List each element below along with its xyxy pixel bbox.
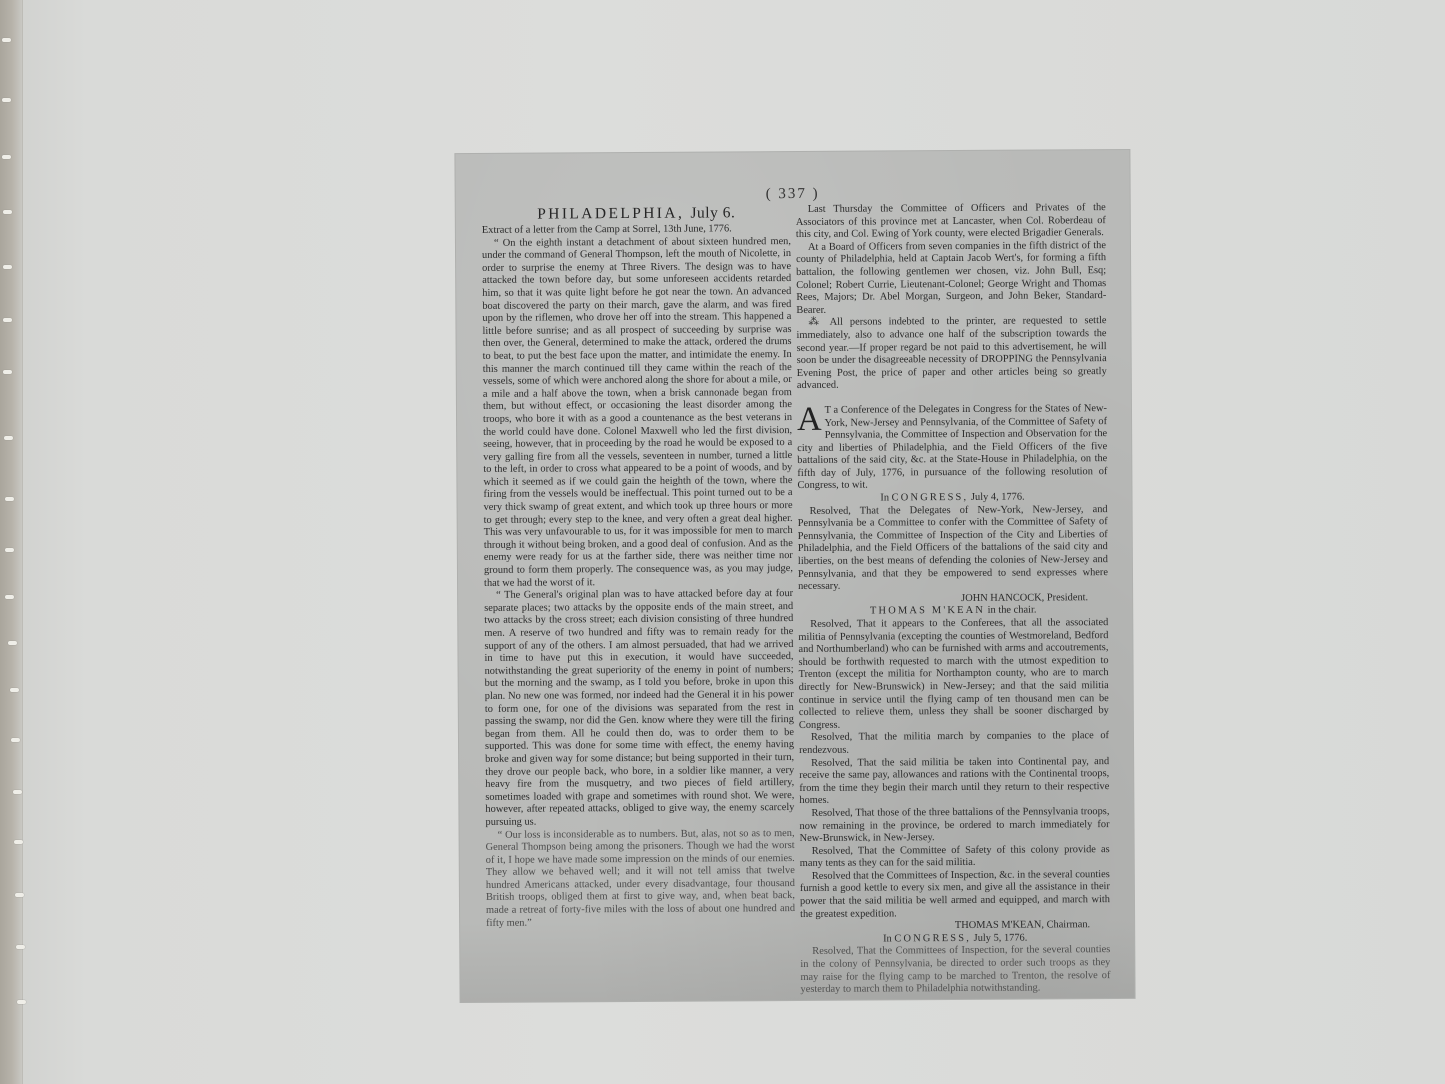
binding-stitch: [3, 318, 12, 322]
news-paragraph: Last Thursday the Committee of Officers …: [796, 202, 1106, 242]
binding-stitch: [17, 1000, 26, 1004]
left-column: PHILADELPHIA, July 6. Extract of a lette…: [482, 204, 795, 930]
letter-paragraph: “ The General's original plan was to hav…: [484, 588, 794, 829]
binding-stitch: [2, 155, 11, 159]
binding-stitch: [3, 265, 12, 269]
resolution: Resolved, That the militia march by comp…: [799, 730, 1109, 757]
dateline-place: PHILADELPHIA,: [537, 205, 684, 223]
right-column: Last Thursday the Committee of Officers …: [796, 202, 1111, 997]
heading-date: July 4, 1776.: [971, 492, 1025, 503]
binding-stitch: [10, 688, 19, 692]
signature: JOHN HANCOCK, President.: [798, 592, 1108, 606]
binding-stitch: [5, 497, 14, 501]
dateline-date: July 6.: [690, 204, 735, 221]
paper-stain: [460, 918, 1134, 1002]
chair-name: THOMAS M'KEAN: [870, 605, 985, 617]
binding-stitch: [5, 595, 14, 599]
binding-stitch: [3, 210, 12, 214]
letter-paragraph: “ On the eighth instant a detachment of …: [482, 236, 793, 591]
resolution: Resolved, That the Delegates of New-York…: [798, 504, 1109, 594]
news-paragraph: At a Board of Officers from seven compan…: [796, 240, 1106, 317]
resolution: Resolved, That those of the three battal…: [799, 806, 1109, 846]
binding-stitch: [13, 790, 22, 794]
binding-stitch: [3, 370, 12, 374]
heading-prefix: In: [880, 492, 889, 503]
letter-paragraph: “ Our loss is inconsiderable as to numbe…: [486, 828, 796, 931]
resolution: Resolved, That it appears to the Confere…: [798, 617, 1109, 732]
binding-stitch: [2, 38, 11, 42]
resolution: Resolved, That the said militia be taken…: [799, 756, 1109, 808]
binding-stitch: [16, 945, 25, 949]
binding-stitch: [2, 98, 11, 102]
binding-stitch: [8, 641, 17, 645]
resolution: Resolved, That the Committee of Safety o…: [800, 844, 1110, 871]
heading-word: CONGRESS,: [892, 492, 969, 503]
conference-paragraph: AT a Conference of the Delegates in Cong…: [797, 403, 1108, 493]
binding-stitch: [5, 548, 14, 552]
newspaper-facsimile: ( 337 ) PHILADELPHIA, July 6. Extract of…: [455, 150, 1134, 1002]
printer-notice: ⁂ All persons indebted to the printer, a…: [796, 315, 1106, 392]
resolution: Resolved that the Committees of Inspecti…: [800, 869, 1110, 921]
conference-text: T a Conference of the Delegates in Congr…: [797, 403, 1107, 491]
book-binding: [0, 0, 23, 1084]
dateline: PHILADELPHIA, July 6.: [482, 204, 791, 223]
binding-stitch: [11, 738, 20, 742]
chair-suffix: in the chair.: [988, 605, 1037, 616]
binding-stitch: [15, 893, 24, 897]
binding-stitch: [14, 840, 23, 844]
drop-cap: A: [797, 407, 822, 433]
binding-stitch: [4, 436, 13, 440]
